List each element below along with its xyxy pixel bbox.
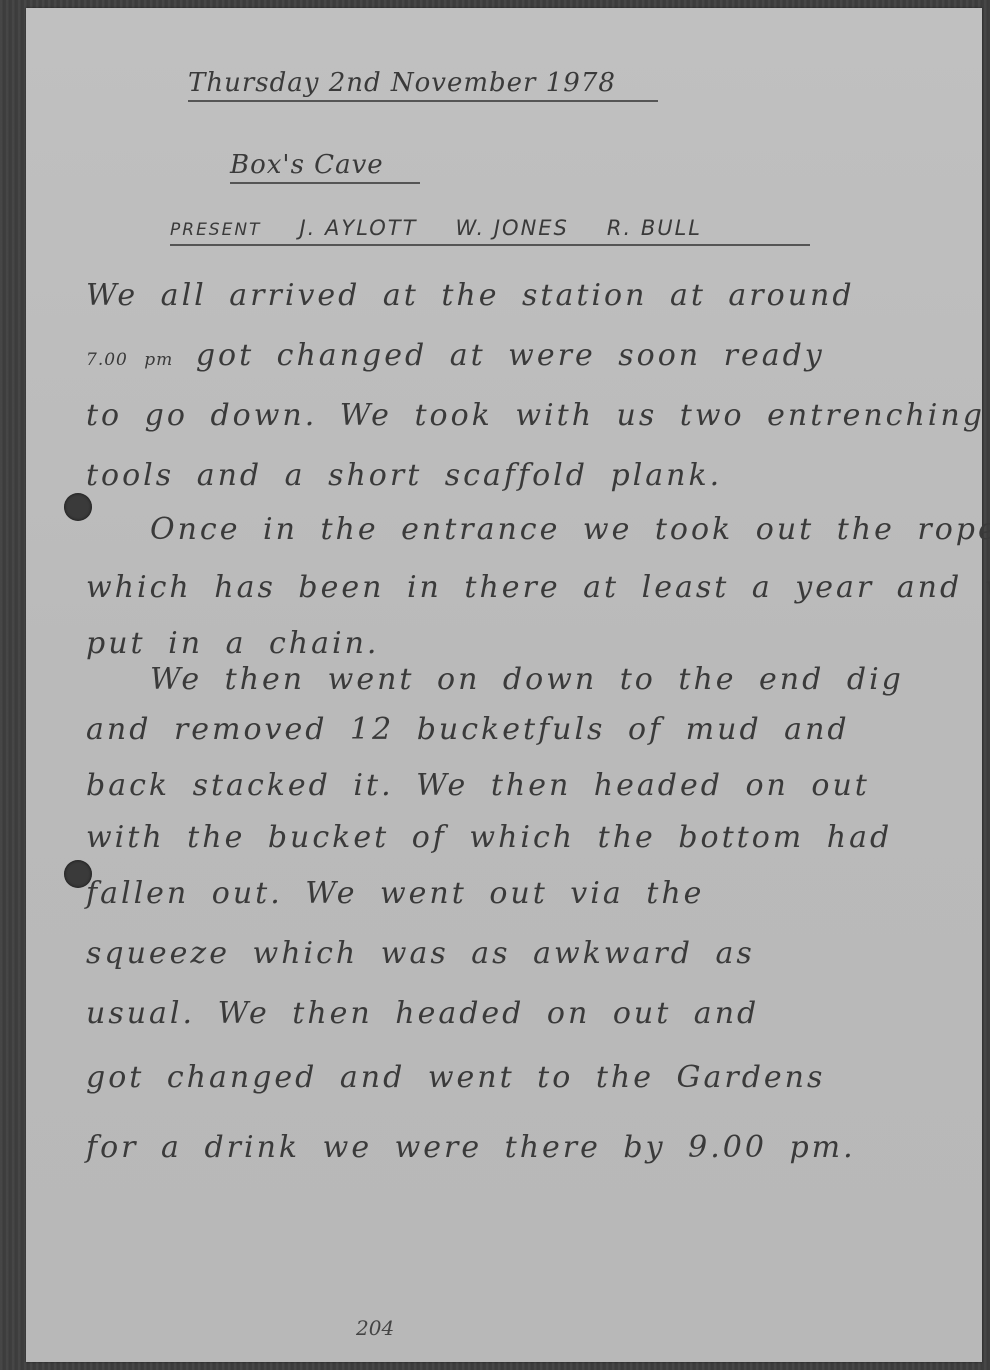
log-line: We then went on down to the end dig xyxy=(150,662,904,697)
cave-name: Box's Cave xyxy=(230,150,420,184)
entry-date: Thursday 2nd November 1978 xyxy=(188,68,658,102)
log-line: put in a chain. xyxy=(86,626,379,661)
log-line: got changed and went to the Gardens xyxy=(86,1060,825,1095)
attendees-row: Present J. Aylott W. Jones R. Bull xyxy=(170,216,810,246)
page-number: 204 xyxy=(356,1316,394,1340)
log-line: to go down. We took with us two entrench… xyxy=(86,398,985,433)
log-line: usual. We then headed on out and xyxy=(86,996,759,1031)
log-line: tools and a short scaffold plank. xyxy=(86,458,722,493)
attendee-name: W. Jones xyxy=(455,216,568,240)
log-line-text: got changed at were soon ready xyxy=(196,338,825,373)
attendee-name: R. Bull xyxy=(607,216,702,240)
log-line: with the bucket of which the bottom had xyxy=(86,820,892,855)
present-label: Present xyxy=(170,220,261,240)
log-line: and removed 12 bucketfuls of mud and xyxy=(86,712,850,747)
log-line: which has been in there at least a year … xyxy=(86,570,990,605)
log-line: Once in the entrance we took out the rop… xyxy=(150,512,990,547)
log-line: squeeze which was as awkward as xyxy=(86,936,755,971)
log-line: fallen out. We went out via the xyxy=(86,876,704,911)
log-line: 7.00 pm got changed at were soon ready xyxy=(86,338,825,373)
punch-hole xyxy=(64,493,92,521)
attendee-name: J. Aylott xyxy=(299,216,417,240)
log-line: for a drink we were there by 9.00 pm. xyxy=(86,1130,856,1165)
time-note: 7.00 pm xyxy=(86,350,173,370)
log-line: back stacked it. We then headed on out xyxy=(86,768,870,803)
log-line: We all arrived at the station at around xyxy=(86,278,855,313)
